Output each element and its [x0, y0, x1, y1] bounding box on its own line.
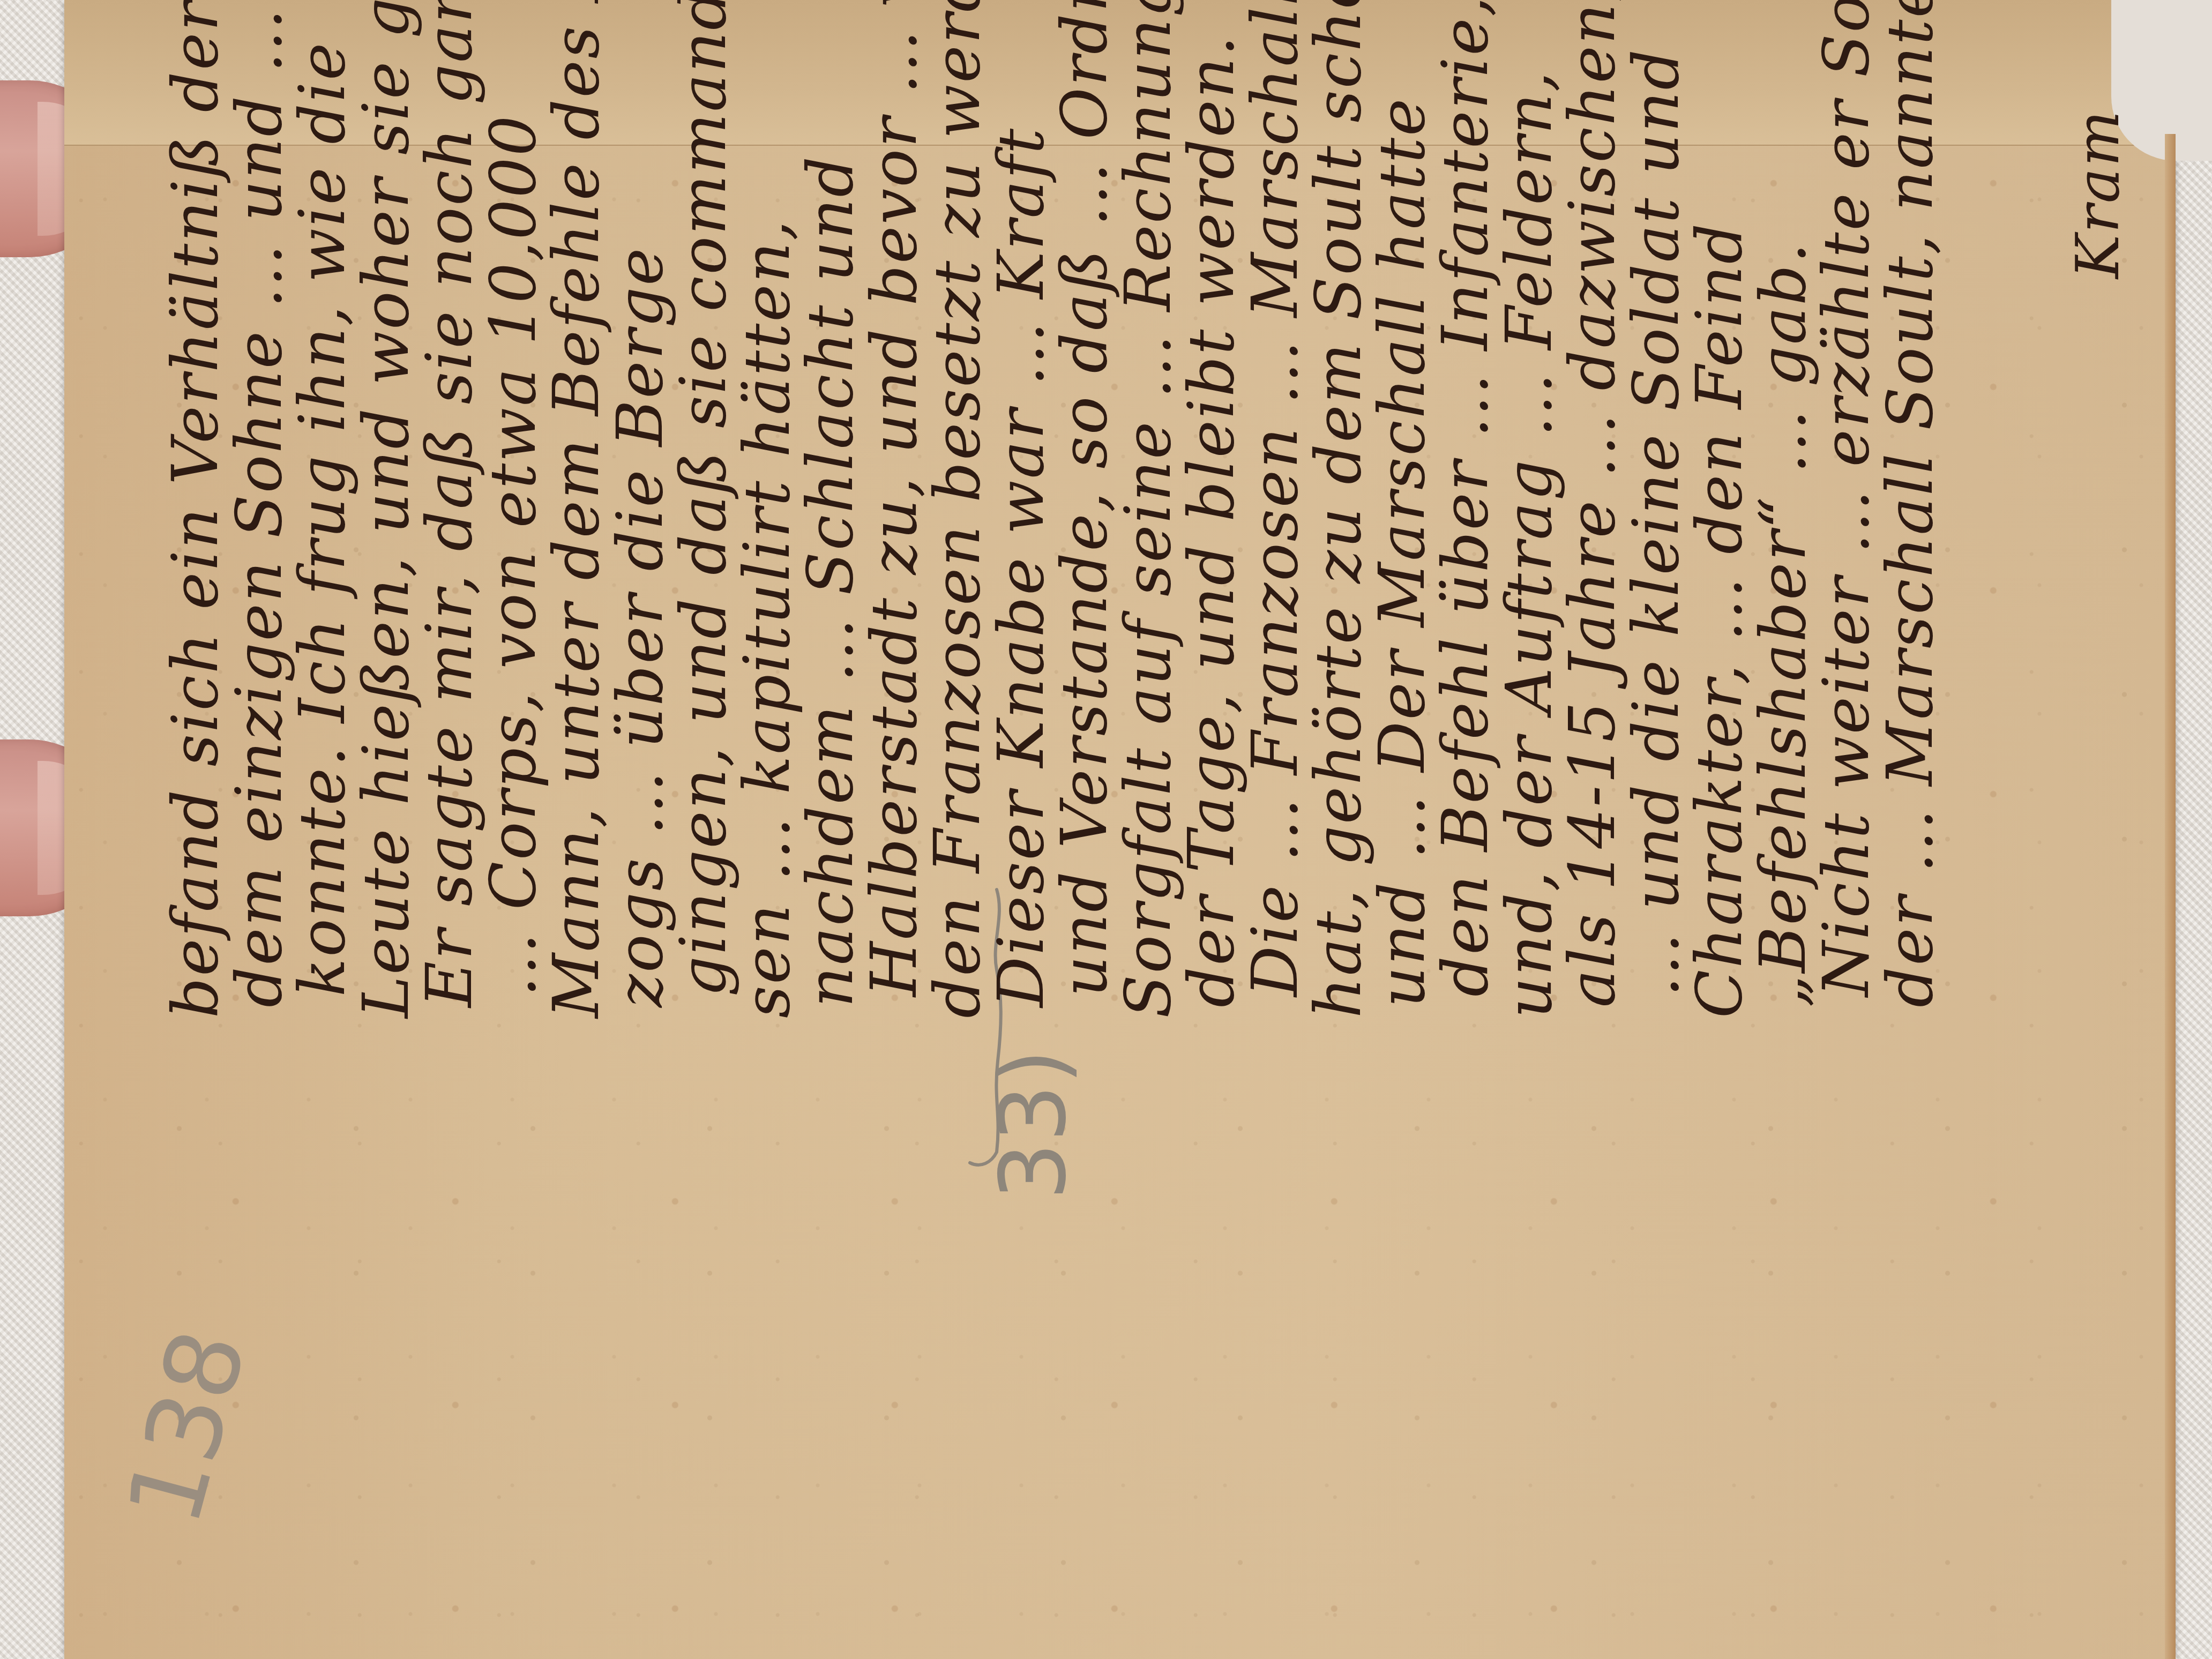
handwritten-line: der ... Marschall Soult, nannte	[1878, 0, 1941, 1007]
catchword: Kram	[2068, 109, 2127, 279]
handwritten-line: und, der Auftrag ... Feldern,	[1497, 70, 1560, 1018]
handwritten-line: Sorgfalt auf seine ... Rechnung	[1116, 0, 1179, 1018]
handwritten-line: „Befehlshaber“ ... gab.	[1751, 242, 1814, 1007]
handwritten-line: dem einzigen Sohne ... und ... es	[227, 0, 290, 1007]
handwritten-line: Mann, unter dem Befehle des Her-	[544, 0, 608, 1018]
handwritten-line: und Verstande, so daß ... Ordnung	[1052, 0, 1116, 997]
handwritten-line: ... Corps, von etwa 10,000	[481, 114, 544, 997]
handwritten-line: Er sagte mir, daß sie noch ganz	[417, 0, 481, 1007]
handwritten-line: den Franzosen besetzt zu werden.	[925, 0, 989, 1018]
handwritten-line: Die ... Franzosen ... Marschall	[1243, 0, 1306, 997]
handwritten-line: als 14-15 Jahre ... dazwischen,	[1560, 0, 1624, 1007]
handwritten-line: ... und die kleine Soldat und	[1624, 48, 1687, 997]
page-edge	[2165, 134, 2176, 1659]
pencil-section-mark: 33)	[981, 1049, 1087, 1200]
handwritten-line: Nicht weiter ... erzählte er Soult,	[1814, 0, 1878, 997]
handwritten-line: sen ... kapitulirt hätten,	[735, 219, 798, 1018]
handwritten-line: und ... Der Marschall hatte	[1370, 97, 1433, 1007]
handwritten-line: Halberstadt zu, und bevor ... von	[862, 0, 925, 997]
handwritten-line: gingen, und daß sie commandirt gewe-	[671, 0, 735, 997]
handwritten-line: zogs ... über die Berge	[608, 246, 671, 1007]
handwritten-line: befand sich ein Verhältniß der dem	[163, 0, 227, 1018]
handwritten-line: nachdem ... Schlacht und	[798, 155, 862, 1007]
handwritten-line: Charakter, ... den Feind	[1687, 222, 1751, 1018]
handwritten-line: hat, gehörte zu dem Soult schen Corps	[1306, 0, 1370, 1018]
handwritten-line: der Tage, und bleibt werden.	[1179, 34, 1243, 1007]
handwritten-line: konnte. Ich frug ihn, wie die	[290, 41, 354, 997]
handwritten-line: Leute hießen, und woher sie gingen?	[354, 0, 417, 1018]
handwritten-line: Dieser Knabe war ... Kraft	[989, 127, 1052, 1007]
handwritten-line: den Befehl über ... Infanterie, ...	[1433, 0, 1497, 997]
